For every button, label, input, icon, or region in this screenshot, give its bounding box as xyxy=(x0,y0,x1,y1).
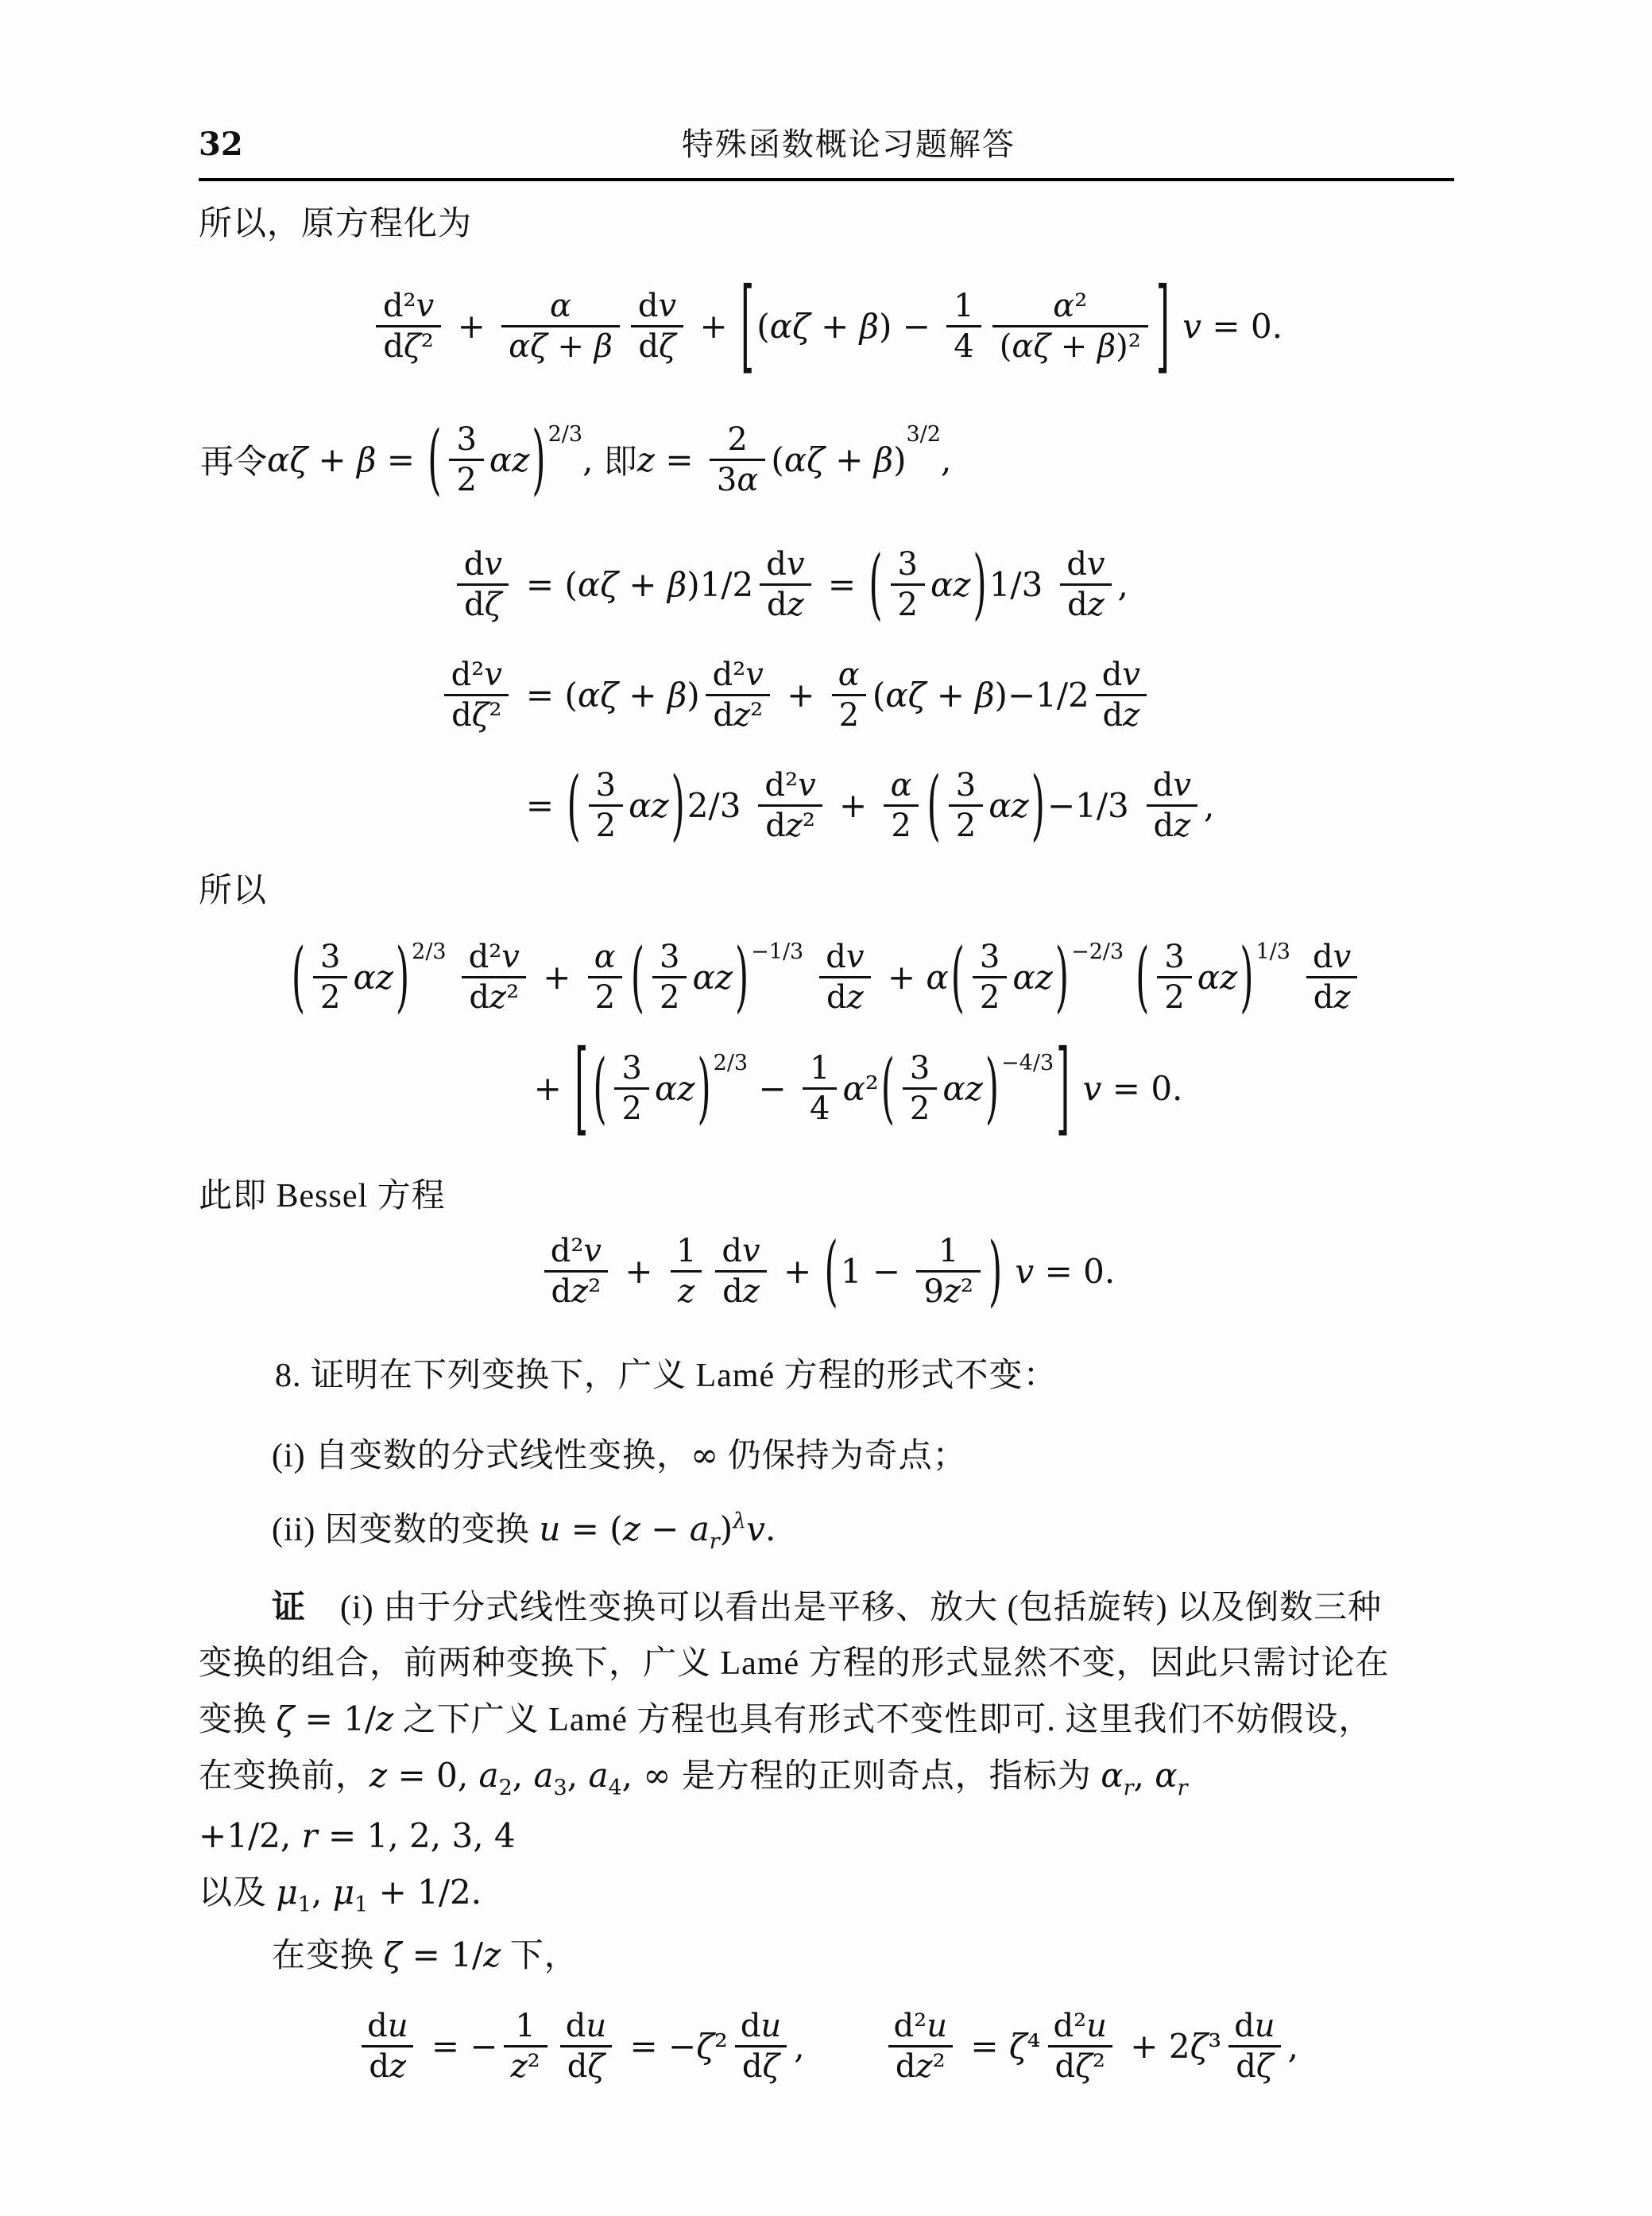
math-char: 9 xyxy=(923,1273,943,1310)
math-char: d xyxy=(469,979,489,1016)
math-char: z xyxy=(637,440,655,479)
math-char: v xyxy=(742,1233,760,1269)
stretch-delimiter: ] xyxy=(1156,267,1170,385)
fraction-numerator: α xyxy=(587,938,623,976)
math-char: r xyxy=(302,1816,318,1855)
math-char: d xyxy=(383,328,404,365)
text-run: 在变换前， xyxy=(199,1758,369,1795)
math-char: d xyxy=(713,657,733,693)
stretch-delimiter: ( xyxy=(1136,932,1149,1021)
math-char: u xyxy=(927,2008,947,2044)
math-char: = xyxy=(398,1756,426,1795)
math-char: + xyxy=(629,676,656,715)
superscript: −1/3 xyxy=(751,939,803,964)
math-char: 3 xyxy=(1108,786,1129,825)
math-char: 1 xyxy=(515,2008,535,2044)
math-run: , xyxy=(1288,2027,1298,2066)
math-char xyxy=(554,565,564,604)
fraction-numerator: dv xyxy=(631,287,683,325)
math-char: . xyxy=(471,1873,482,1912)
connector-suoyi: 所以 xyxy=(199,869,1454,913)
math-run: = −ζ² xyxy=(619,2027,728,2066)
math-char: v xyxy=(583,1233,602,1269)
fraction-numerator: d²v xyxy=(376,287,441,325)
substitution-line: 再令 αζ + β = (32αz)2/3, 即 z = 23α(αζ + β)… xyxy=(199,415,1454,504)
math-char xyxy=(1144,1756,1155,1795)
math-char: 2 xyxy=(621,1091,641,1127)
math-char xyxy=(728,307,738,346)
math-char: / xyxy=(472,1935,483,1974)
math-char: 3 xyxy=(432,939,446,964)
math-char xyxy=(640,1509,651,1548)
math-char: 2 xyxy=(1169,2027,1190,2066)
math-char xyxy=(368,1873,378,1912)
math-char: ) xyxy=(893,440,906,479)
math-char: 3 xyxy=(569,422,582,447)
superscript: 1/2 xyxy=(700,565,754,604)
text-run: 变换的组合，前两种变换下，广义 Lamé 方程的形式显然不变，因此只需讨论在 xyxy=(199,1645,1390,1682)
math-char: 2 xyxy=(727,421,747,458)
math-char xyxy=(441,1816,451,1855)
fraction: d²vdζ² xyxy=(376,287,441,366)
math-char: 2 xyxy=(956,808,976,844)
math-run: = − xyxy=(420,2027,497,2066)
math-char xyxy=(930,307,941,346)
math-char: u xyxy=(388,2008,408,2044)
math-char: 3 xyxy=(621,1050,641,1087)
math-char: ² xyxy=(571,1233,583,1269)
text-run: (ii) 因变数的变换 xyxy=(272,1512,539,1548)
math-char: ² xyxy=(785,767,798,804)
subscript: r xyxy=(710,1520,720,1564)
math-char: z xyxy=(511,2048,528,2085)
math-run: α² xyxy=(842,1069,878,1108)
math-char: 3 xyxy=(898,546,918,583)
text-run: 此即 Bessel 方程 xyxy=(199,1178,446,1215)
text-run: 所以 xyxy=(199,873,267,909)
superscript: 3/2 xyxy=(906,422,940,447)
fraction: α²(αζ + β)² xyxy=(992,287,1148,366)
math-char: d xyxy=(1236,2048,1256,2085)
math-char: ζ xyxy=(1009,2027,1027,2066)
fraction: dvdz xyxy=(1146,766,1198,845)
second-derivative-continuation-lhs xyxy=(439,766,515,845)
derivative-equations-block: dvdζ = (αζ + β)1/2dvdz = (32αz)1/3dvdz, … xyxy=(439,545,1215,845)
fraction: 23α xyxy=(710,420,765,499)
fraction: 32 xyxy=(949,766,983,845)
fraction: dudζ xyxy=(559,2007,613,2086)
math-char: d xyxy=(464,546,485,583)
fraction-numerator: du xyxy=(559,2007,613,2045)
fraction: 32 xyxy=(589,766,623,845)
math-char: + xyxy=(534,1069,562,1108)
subscript: 1 xyxy=(298,1877,311,1933)
fraction-denominator: dζ² xyxy=(444,694,509,734)
math-char: + xyxy=(1130,2027,1158,2066)
superscript: −1/3 xyxy=(1047,786,1129,825)
math-run: v = 0. xyxy=(1172,307,1283,346)
math-char: 3 xyxy=(790,939,803,964)
math-char: z xyxy=(389,2048,406,2085)
fraction: d²udζ² xyxy=(1047,2007,1114,2086)
math-char: = xyxy=(526,565,554,604)
math-run: (αζ + β) xyxy=(771,440,906,479)
math-char: α xyxy=(842,1069,865,1108)
math-char: − xyxy=(903,307,930,346)
math-char xyxy=(1087,328,1097,365)
subscript: r xyxy=(1178,1761,1188,1816)
math-char: d xyxy=(826,979,847,1016)
math-char: / xyxy=(248,1816,259,1855)
fraction-numerator: 3 xyxy=(449,420,483,459)
math-char: 2 xyxy=(1089,939,1103,964)
math-char: z xyxy=(376,958,393,997)
math-char: ³ xyxy=(1208,2027,1221,2066)
math-char: 2 xyxy=(910,1091,930,1127)
superscript: λ xyxy=(733,1499,746,1544)
math-char: 2 xyxy=(499,1776,513,1800)
math-char: d xyxy=(765,808,786,844)
math-char xyxy=(560,1509,571,1548)
math-char: , xyxy=(622,1756,633,1795)
math-char: − xyxy=(758,1069,786,1108)
math-char: 1 xyxy=(298,1893,311,1917)
math-char: d xyxy=(367,2008,388,2044)
math-char: 3 xyxy=(717,462,737,498)
fraction-numerator: 1 xyxy=(669,1232,703,1270)
math-char xyxy=(333,1699,343,1738)
math-char xyxy=(787,1069,797,1108)
math-char: α xyxy=(1197,958,1220,997)
math-char: r xyxy=(710,1529,720,1554)
fraction: 14 xyxy=(946,287,981,366)
math-char: 1 xyxy=(417,1873,439,1912)
math-char: 3 xyxy=(980,939,1000,975)
stretch-delimiter: ( xyxy=(567,761,580,850)
math-char: d xyxy=(1313,939,1333,975)
math-char: 2 xyxy=(733,565,754,604)
math-char: z xyxy=(483,1935,501,1974)
math-char xyxy=(318,1816,328,1855)
math-run: v = 0. xyxy=(1072,1069,1182,1108)
math-char: ( xyxy=(872,676,885,715)
math-char: ( xyxy=(756,307,769,346)
math-char xyxy=(614,1252,625,1291)
fraction-numerator: 3 xyxy=(903,1049,937,1087)
math-char: d xyxy=(469,939,489,975)
math-char xyxy=(671,1756,681,1795)
math-char: ζ xyxy=(1256,2048,1274,2085)
math-char: z xyxy=(369,1756,387,1795)
math-char: α xyxy=(353,958,375,997)
math-char xyxy=(657,676,667,715)
math-char: v xyxy=(501,939,520,975)
proof-line-1: 证 (i) 由于分式线性变换可以看出是平移、放大 (包括旋转) 以及倒数三种 xyxy=(199,1580,1454,1636)
math-char: 1 xyxy=(954,288,973,324)
math-char xyxy=(856,565,866,604)
math-char xyxy=(694,440,704,479)
math-char: α xyxy=(594,939,616,975)
math-char xyxy=(863,440,873,479)
math-char: ζ xyxy=(485,587,502,623)
math-char: v xyxy=(484,657,502,693)
math-char: 2 xyxy=(927,422,941,447)
math-char: v xyxy=(1182,307,1201,346)
math-char: + xyxy=(558,328,585,365)
math-char: ) xyxy=(720,1509,733,1548)
math-run: − xyxy=(748,1069,797,1108)
fraction: 32 xyxy=(891,545,925,624)
math-char: / xyxy=(1033,1051,1040,1075)
math-char: a xyxy=(690,1509,710,1548)
math-char: v xyxy=(1087,546,1105,583)
math-char: α xyxy=(578,676,600,715)
fraction-denominator: 2 xyxy=(449,459,483,499)
fraction-numerator: dv xyxy=(714,1232,767,1270)
math-char: z xyxy=(678,1273,694,1310)
stretch-delimiter: ( xyxy=(869,540,882,629)
math-char: 1 xyxy=(451,1935,472,1974)
math-char: β xyxy=(594,328,613,365)
fraction-denominator: dz xyxy=(1306,976,1358,1017)
math-char: 2 xyxy=(259,1816,280,1855)
textbook-page: 32 特殊函数概论习题解答 所以，原方程化为 d²vdζ² + ααζ + βd… xyxy=(0,0,1652,2216)
math-char: β xyxy=(357,440,376,479)
math-char: 2 xyxy=(660,979,679,1016)
math-run: = (αζ + β) xyxy=(526,676,700,715)
fraction: 32 xyxy=(1157,938,1191,1017)
math-char: + xyxy=(835,440,863,479)
math-char: / xyxy=(920,422,927,447)
math-char: . xyxy=(765,1509,776,1548)
math-char xyxy=(426,1756,436,1795)
math-char: 3 xyxy=(1164,939,1184,975)
superscript: 2/3 xyxy=(714,1051,748,1075)
math-char: 4 xyxy=(608,1776,621,1800)
math-char: d xyxy=(566,2008,586,2044)
math-char: + xyxy=(821,307,849,346)
math-char: , xyxy=(1204,786,1214,825)
math-char xyxy=(294,1699,304,1738)
math-char: 4 xyxy=(954,328,973,365)
math-char: 1 xyxy=(810,1050,830,1087)
math-char: ) xyxy=(1116,328,1128,365)
math-char: + xyxy=(543,958,571,997)
math-char: 1 xyxy=(676,1233,696,1269)
math-char: + xyxy=(699,307,727,346)
math-char: a xyxy=(588,1756,608,1795)
text-run: 8. 证明在下列变换下，广义 Lamé 方程的形式不变： xyxy=(275,1358,1058,1394)
math-char: d xyxy=(894,2008,915,2044)
math-char: ( xyxy=(1000,328,1012,365)
fraction-numerator: d²v xyxy=(544,1232,609,1270)
math-run: αz xyxy=(353,958,393,997)
math-char: v xyxy=(1173,767,1191,804)
math-run: , xyxy=(582,440,604,479)
math-char: z xyxy=(787,587,804,623)
math-char xyxy=(653,1252,664,1291)
math-char: , xyxy=(941,440,951,479)
math-char xyxy=(1240,307,1251,346)
math-char: ) xyxy=(995,676,1008,715)
math-char: / xyxy=(1103,939,1110,964)
math-char: 0 xyxy=(1251,307,1272,346)
math-run: ∞ xyxy=(691,1435,718,1474)
math-run: 1 − xyxy=(841,1252,911,1291)
math-char: / xyxy=(1010,565,1021,604)
math-run: + xyxy=(776,676,826,715)
math-char: − xyxy=(470,2027,497,2066)
second-derivative-continuation-rhs: = (32αz)2/3d²vdz² + α2(32αz)−1/3dvdz, xyxy=(515,766,1214,845)
header-rule xyxy=(199,178,1454,181)
math-char: d xyxy=(1054,2008,1074,2044)
math-char: 3 xyxy=(1110,939,1124,964)
math-char xyxy=(829,786,839,825)
fraction-denominator: dz² xyxy=(544,1270,609,1311)
math-char: + xyxy=(888,958,915,997)
math-char: z xyxy=(1333,979,1350,1016)
fraction-numerator: du xyxy=(360,2007,415,2045)
math-char: 3 xyxy=(660,939,679,975)
stretch-delimiter: ( xyxy=(631,932,644,1021)
fraction: dvdz xyxy=(759,545,811,624)
math-char xyxy=(658,2027,668,2066)
math-char: + xyxy=(783,1252,811,1291)
page-number: 32 xyxy=(199,126,243,164)
subscript: 4 xyxy=(608,1761,621,1816)
math-char xyxy=(322,1873,332,1912)
math-char: u xyxy=(760,2008,781,2044)
math-char: ) xyxy=(879,307,892,346)
math-char xyxy=(1158,2027,1168,2066)
math-char xyxy=(554,786,564,825)
math-char xyxy=(825,440,835,479)
fraction-numerator: 3 xyxy=(973,938,1007,976)
math-char: d xyxy=(451,697,472,734)
math-char: ∞ xyxy=(643,1756,671,1795)
stretch-delimiter: ) xyxy=(671,761,685,850)
math-char: 3 xyxy=(720,786,741,825)
math-char: α xyxy=(692,958,714,997)
math-char xyxy=(965,676,975,715)
fraction-denominator: z² xyxy=(504,2045,547,2086)
math-char xyxy=(618,676,629,715)
fraction-denominator: 2 xyxy=(313,976,347,1017)
fraction-numerator: 1 xyxy=(946,287,981,325)
math-char: ( xyxy=(609,1509,622,1548)
math-char: z xyxy=(571,1273,588,1310)
math-char: ζ xyxy=(530,328,547,365)
text-run: 以及 xyxy=(199,1875,277,1912)
math-run: αz xyxy=(629,786,669,825)
math-char: , xyxy=(1134,1756,1144,1795)
math-char xyxy=(1004,1252,1015,1291)
fraction-denominator: dz xyxy=(819,976,871,1017)
subscript: 3 xyxy=(554,1761,567,1816)
math-char: . xyxy=(1105,1252,1115,1291)
stretch-delimiter: ) xyxy=(697,1044,710,1133)
math-char xyxy=(926,676,936,715)
text-run: 所以，原方程化为 xyxy=(199,206,472,242)
math-char: / xyxy=(1097,786,1108,825)
math-char: + xyxy=(839,786,867,825)
subscript: r xyxy=(1124,1761,1134,1816)
math-run: = ζ⁴ xyxy=(960,2027,1041,2066)
fraction: d²vdz² xyxy=(544,1232,609,1311)
math-char: 2 xyxy=(980,979,1000,1016)
math-char: ζ xyxy=(908,676,927,715)
math-run: ) xyxy=(720,1509,733,1548)
math-char xyxy=(420,2027,431,2066)
math-run: α xyxy=(1101,1756,1123,1795)
fraction-denominator: 2 xyxy=(614,1087,648,1128)
math-run: , xyxy=(794,2027,804,2066)
d2u-dz2-equation: d²udz² = ζ⁴d²udζ² + 2ζ³dudζ, xyxy=(881,2007,1298,2086)
math-char: r xyxy=(1178,1776,1188,1800)
math-run: + xyxy=(614,1252,664,1291)
fraction-numerator: 3 xyxy=(589,766,623,804)
math-char: d xyxy=(1153,767,1174,804)
math-char: α xyxy=(737,462,758,498)
math-char: z xyxy=(1220,958,1237,997)
fraction-denominator: 2 xyxy=(903,1087,937,1128)
math-run: αz xyxy=(930,565,971,604)
math-char: 0 xyxy=(436,1756,458,1795)
math-char: z xyxy=(944,1273,961,1310)
math-run: v = 0. xyxy=(1004,1252,1115,1291)
math-run: αz xyxy=(655,1069,695,1108)
math-char: 3 xyxy=(554,1776,567,1800)
math-char: ² xyxy=(489,697,501,734)
math-char: α xyxy=(926,958,948,997)
fraction-denominator: 2 xyxy=(884,804,918,845)
fraction-numerator: dv xyxy=(1095,656,1147,694)
math-run: u = (z − a xyxy=(539,1509,709,1548)
math-char xyxy=(960,2027,970,2066)
fraction-denominator: 9z² xyxy=(916,1270,981,1311)
math-char: / xyxy=(709,786,720,825)
math-char: ζ xyxy=(696,2027,714,2066)
math-char: / xyxy=(1057,676,1068,715)
math-char xyxy=(689,307,699,346)
fraction-numerator: 1 xyxy=(931,1232,965,1270)
math-char: α xyxy=(489,440,512,479)
math-char xyxy=(1201,307,1212,346)
math-char: = xyxy=(1112,1069,1140,1108)
superscript: 2/3 xyxy=(687,786,741,825)
fraction-numerator: 3 xyxy=(949,766,983,804)
math-char: z xyxy=(786,808,803,844)
math-char: = xyxy=(665,440,693,479)
stretch-delimiter: ) xyxy=(1055,932,1069,1021)
math-char: d xyxy=(1066,546,1087,583)
math-run: + xyxy=(447,307,496,346)
fraction-numerator: 1 xyxy=(803,1049,837,1087)
transform-line: 在变换 ζ = 1/z 下， xyxy=(199,1933,1454,1978)
math-char: = xyxy=(629,2027,657,2066)
math-char: ² xyxy=(865,1069,879,1108)
problem-8-item-i: (i) 自变数的分式线性变换，∞ 仍保持为奇点； xyxy=(199,1433,1454,1478)
math-char: + xyxy=(458,307,486,346)
math-char: / xyxy=(365,1699,376,1738)
math-run: +1/2, r = 1, 2, 3, 4 xyxy=(199,1816,516,1855)
math-char: ζ xyxy=(659,328,676,365)
math-char: 4 xyxy=(1019,1051,1033,1075)
math-run: (αζ + β) − xyxy=(756,307,941,346)
math-char: 4 xyxy=(810,1091,830,1127)
math-char: + xyxy=(937,676,965,715)
math-run: z = xyxy=(637,440,704,479)
